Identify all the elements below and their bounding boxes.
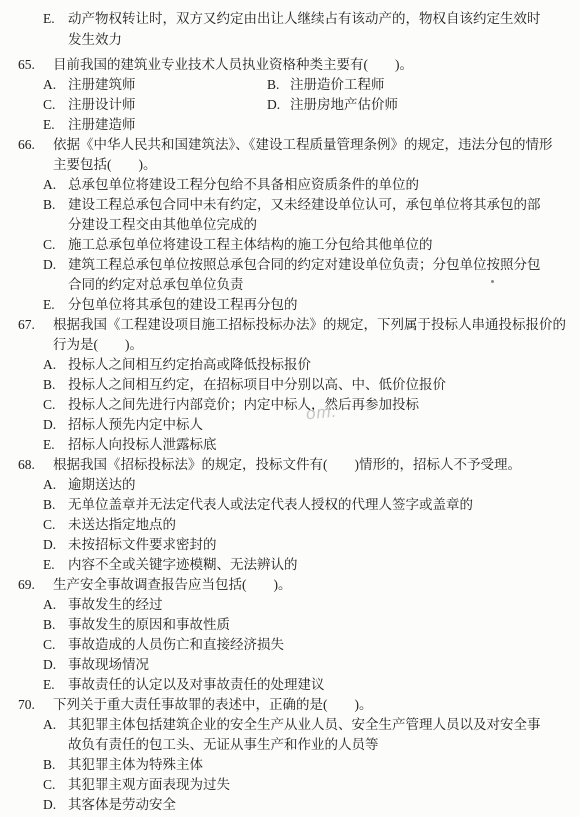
option-letter-spacer <box>43 275 68 295</box>
option-d-continuation: 合同的约定对总承包单位负责 <box>0 275 580 295</box>
option-row-e: E. 注册建造师 <box>0 115 580 135</box>
option-letter: B. <box>43 375 68 395</box>
option-e: E. 内容不全或关键字迹模糊、无法辨认的 <box>0 555 580 575</box>
option-a: A. 投标人之间相互约定抬高或降低投标报价 <box>0 355 580 375</box>
option-text: 总承包单位将建设工程分包给不具备相应资质条件的单位的 <box>68 175 419 195</box>
option-c: C. 施工总承包单位将建设工程主体结构的施工分包给其他单位的 <box>0 235 580 255</box>
option-text: 其犯罪主体为特殊主体 <box>68 755 203 775</box>
question-stem: 70. 下列关于重大责任事故罪的表述中，正确的是( )。 <box>0 695 580 715</box>
option-text: 建设工程总承包合同中未有约定，又未经建设单位认可，承包单位将其承包的部 <box>68 195 541 215</box>
option-letter: B. <box>43 195 68 215</box>
option-text: 注册建筑师 <box>68 75 267 95</box>
option-b: B. 事故发生的原因和事故性质 <box>0 615 580 635</box>
option-text: 其犯罪主观方面表现为过失 <box>68 775 230 795</box>
option-letter: A. <box>43 475 68 495</box>
option-letter: E. <box>43 8 68 29</box>
watermark: om. <box>305 402 338 425</box>
option-text: 故负有责任的包工头、无证从事生产和作业的人员等 <box>68 735 379 755</box>
option-line: 发生效力 <box>0 29 580 50</box>
option-d: D. 建筑工程总承包单位按照总承包合同的约定对建设单位负责；分包单位按照分包 <box>0 255 580 275</box>
option-c: C. 其犯罪主观方面表现为过失 <box>0 775 580 795</box>
question-69: 69. 生产安全事故调查报告应当包括( )。 A. 事故发生的经过 B. 事故发… <box>0 575 580 695</box>
question-number: 68. <box>18 455 53 475</box>
option-a: A. 其犯罪主体包括建筑企业的安全生产从业人员、安全生产管理人员以及对安全事 <box>0 715 580 735</box>
stem-text: 行为是( )。 <box>53 335 143 355</box>
question-67: 67. 根据我国《工程建设项目施工招标投标办法》的规定，下列属于投标人串通投标报… <box>0 315 580 455</box>
option-letter: C. <box>43 775 68 795</box>
stem-text: 目前我国的建筑业专业技术人员执业资格种类主要有( )。 <box>53 55 413 75</box>
option-text: 逾期送达的 <box>68 475 136 495</box>
stem-text: 下列关于重大责任事故罪的表述中，正确的是( )。 <box>53 695 373 715</box>
question-number: 67. <box>18 315 53 335</box>
option-letter: B. <box>43 615 68 635</box>
question-70: 70. 下列关于重大责任事故罪的表述中，正确的是( )。 A. 其犯罪主体包括建… <box>0 695 580 815</box>
question-number-spacer <box>18 155 53 175</box>
option-text: 其犯罪主体包括建筑企业的安全生产从业人员、安全生产管理人员以及对安全事 <box>68 715 541 735</box>
option-e: E. 招标人向投标人泄露标底 <box>0 435 580 455</box>
option-text: 事故责任的认定以及对事故责任的处理建议 <box>68 675 325 695</box>
question-number: 69. <box>18 575 53 595</box>
option-letter: D. <box>43 255 68 275</box>
option-e: E. 事故责任的认定以及对事故责任的处理建议 <box>0 675 580 695</box>
option-text: 动产物权转让时，双方又约定由出让人继续占有该动产的，物权自该约定生效时 <box>68 8 541 29</box>
option-text: 合同的约定对总承包单位负责 <box>68 275 244 295</box>
option-text: 投标人之间相互约定抬高或降低投标报价 <box>68 355 311 375</box>
option-letter: E. <box>43 675 68 695</box>
option-b: B. 建设工程总承包合同中未有约定，又未经建设单位认可，承包单位将其承包的部 <box>0 195 580 215</box>
option-b: B. 其犯罪主体为特殊主体 <box>0 755 580 775</box>
stem-text: 主要包括( )。 <box>53 155 157 175</box>
stem-text: 根据我国《招标投标法》的规定，投标文件有( )情形的，招标人不予受理。 <box>53 455 521 475</box>
option-letter-spacer <box>43 735 68 755</box>
option-e: E. 分包单位将其承包的建设工程再分包的 <box>0 295 580 315</box>
option-b: B. 投标人之间相互约定，在招标项目中分别以高、中、低价位报价 <box>0 375 580 395</box>
option-letter: E. <box>43 555 68 575</box>
option-letter-spacer <box>43 29 68 50</box>
exam-page: E. 动产物权转让时，双方又约定由出让人继续占有该动产的，物权自该约定生效时 发… <box>0 0 580 817</box>
option-letter: A. <box>43 715 68 735</box>
option-text: 投标人之间先进行内部竞价；内定中标人，然后再参加投标 <box>68 395 419 415</box>
option-text: 注册造价工程师 <box>290 75 385 95</box>
question-stem-continuation: 主要包括( )。 <box>0 155 580 175</box>
option-text: 施工总承包单位将建设工程主体结构的施工分包给其他单位的 <box>68 235 433 255</box>
option-text: 事故现场情况 <box>68 655 149 675</box>
question-stem: 66. 依据《中华人民共和国建筑法》、《建设工程质量管理条例》的规定，违法分包的… <box>0 135 580 155</box>
option-text: 事故发生的经过 <box>68 595 163 615</box>
option-letter-spacer <box>43 215 68 235</box>
option-letter: A. <box>43 75 68 95</box>
option-row-ab: A. 注册建筑师 B. 注册造价工程师 <box>0 75 580 95</box>
question-number-spacer <box>18 335 53 355</box>
option-letter: D. <box>267 95 290 115</box>
question-stem: 65. 目前我国的建筑业专业技术人员执业资格种类主要有( )。 <box>0 55 580 75</box>
option-a: A. 逾期送达的 <box>0 475 580 495</box>
option-text: 事故发生的原因和事故性质 <box>68 615 230 635</box>
option-letter: D. <box>43 415 68 435</box>
option-text: 注册建造师 <box>68 115 136 135</box>
option-row-cd: C. 注册设计师 D. 注册房地产估价师 <box>0 95 580 115</box>
question-stem: 67. 根据我国《工程建设项目施工招标投标办法》的规定，下列属于投标人串通投标报… <box>0 315 580 335</box>
option-c: C. 投标人之间先进行内部竞价；内定中标人，然后再参加投标 <box>0 395 580 415</box>
option-letter: A. <box>43 355 68 375</box>
scan-artifact-dot <box>491 280 494 283</box>
question-number: 65. <box>18 55 53 75</box>
option-letter: B. <box>267 75 290 95</box>
question-number: 70. <box>18 695 53 715</box>
option-text: 未送达指定地点的 <box>68 515 176 535</box>
option-text: 投标人之间相互约定，在招标项目中分别以高、中、低价位报价 <box>68 375 446 395</box>
question-68: 68. 根据我国《招标投标法》的规定，投标文件有( )情形的，招标人不予受理。 … <box>0 455 580 575</box>
option-text: 分包单位将其承包的建设工程再分包的 <box>68 295 298 315</box>
option-letter: E. <box>43 435 68 455</box>
option-b-continuation: 分建设工程交由其他单位完成的 <box>0 215 580 235</box>
question-stem: 69. 生产安全事故调查报告应当包括( )。 <box>0 575 580 595</box>
option-a-continuation: 故负有责任的包工头、无证从事生产和作业的人员等 <box>0 735 580 755</box>
question-66: 66. 依据《中华人民共和国建筑法》、《建设工程质量管理条例》的规定，违法分包的… <box>0 135 580 315</box>
option-letter: E. <box>43 295 68 315</box>
option-letter: C. <box>43 515 68 535</box>
option-a: A. 事故发生的经过 <box>0 595 580 615</box>
option-letter: C. <box>43 235 68 255</box>
stem-text: 根据我国《工程建设项目施工招标投标办法》的规定，下列属于投标人串通投标报价的 <box>53 315 566 335</box>
carryover-option-e: E. 动产物权转让时，双方又约定由出让人继续占有该动产的，物权自该约定生效时 发… <box>0 8 580 50</box>
option-letter: D. <box>43 535 68 555</box>
option-a: A. 总承包单位将建设工程分包给不具备相应资质条件的单位的 <box>0 175 580 195</box>
option-text: 招标人预先内定中标人 <box>68 415 203 435</box>
option-c: C. 未送达指定地点的 <box>0 515 580 535</box>
option-text: 发生效力 <box>68 29 122 50</box>
option-letter: D. <box>43 655 68 675</box>
option-text: 未按招标文件要求密封的 <box>68 535 217 555</box>
question-stem: 68. 根据我国《招标投标法》的规定，投标文件有( )情形的，招标人不予受理。 <box>0 455 580 475</box>
option-letter: C. <box>43 395 68 415</box>
option-text: 其客体是劳动安全 <box>68 795 176 815</box>
option-b: B. 无单位盖章并无法定代表人或法定代表人授权的代理人签字或盖章的 <box>0 495 580 515</box>
option-text: 注册设计师 <box>68 95 267 115</box>
option-d: D. 未按招标文件要求密封的 <box>0 535 580 555</box>
question-number: 66. <box>18 135 53 155</box>
option-text: 注册房地产估价师 <box>290 95 398 115</box>
option-d: D. 招标人预先内定中标人 <box>0 415 580 435</box>
option-text: 无单位盖章并无法定代表人或法定代表人授权的代理人签字或盖章的 <box>68 495 473 515</box>
question-stem-continuation: 行为是( )。 <box>0 335 580 355</box>
option-letter: A. <box>43 175 68 195</box>
option-d: D. 其客体是劳动安全 <box>0 795 580 815</box>
option-d: D. 事故现场情况 <box>0 655 580 675</box>
option-letter: E. <box>43 115 68 135</box>
stem-text: 生产安全事故调查报告应当包括( )。 <box>53 575 292 595</box>
question-65: 65. 目前我国的建筑业专业技术人员执业资格种类主要有( )。 A. 注册建筑师… <box>0 55 580 135</box>
option-letter: A. <box>43 595 68 615</box>
option-text: 招标人向投标人泄露标底 <box>68 435 217 455</box>
option-text: 分建设工程交由其他单位完成的 <box>68 215 257 235</box>
option-c: C. 事故造成的人员伤亡和直接经济损失 <box>0 635 580 655</box>
option-letter: C. <box>43 95 68 115</box>
option-letter: C. <box>43 635 68 655</box>
option-line: E. 动产物权转让时，双方又约定由出让人继续占有该动产的，物权自该约定生效时 <box>0 8 580 29</box>
option-letter: B. <box>43 495 68 515</box>
option-text: 建筑工程总承包单位按照总承包合同的约定对建设单位负责；分包单位按照分包 <box>68 255 541 275</box>
option-text: 事故造成的人员伤亡和直接经济损失 <box>68 635 284 655</box>
stem-text: 依据《中华人民共和国建筑法》、《建设工程质量管理条例》的规定，违法分包的情形 <box>53 135 553 155</box>
option-letter: D. <box>43 795 68 815</box>
option-letter: B. <box>43 755 68 775</box>
option-text: 内容不全或关键字迹模糊、无法辨认的 <box>68 555 298 575</box>
